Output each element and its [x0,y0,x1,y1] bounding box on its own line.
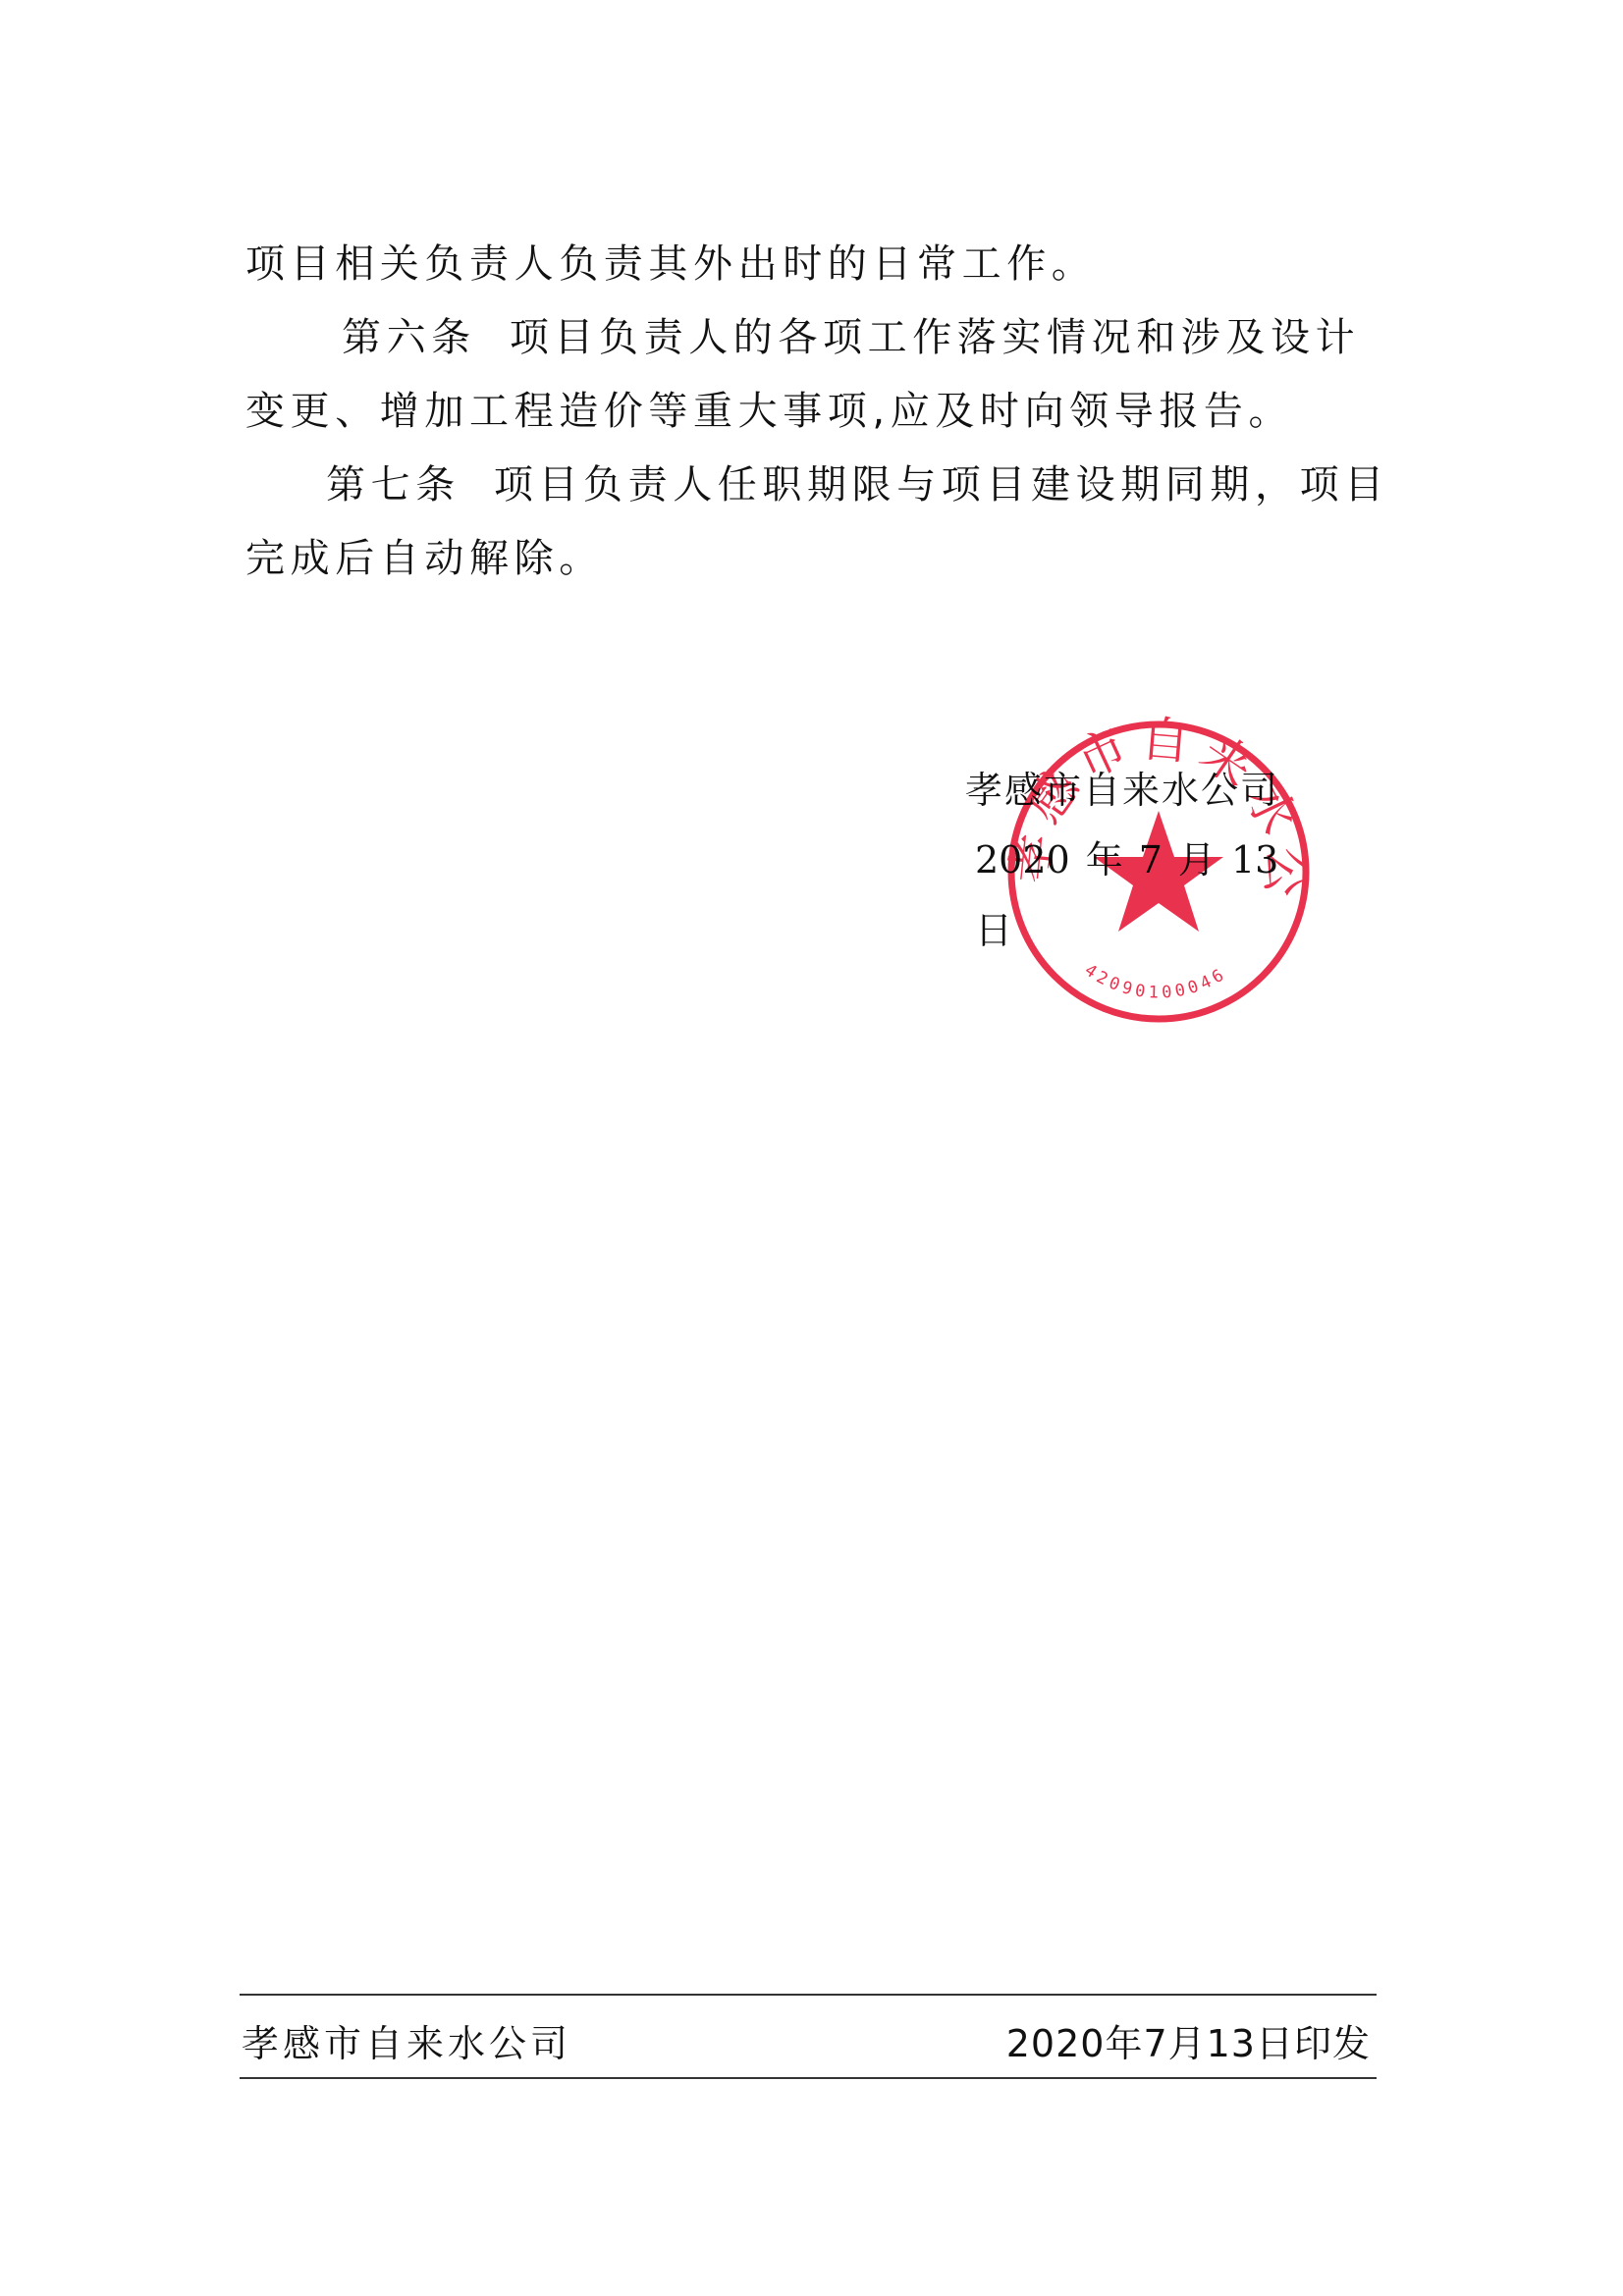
body-line-1: 项目相关负责人负责其外出时的日常工作。 [245,228,1380,301]
article-7-line-2: 完成后自动解除。 [245,522,1380,596]
paragraph-text: 完成后自动解除。 [245,536,604,581]
footer-issuer: 孝感市自来水公司 [242,2013,571,2067]
footer-rule-bottom [240,2077,1377,2079]
article-6-line-2: 变更、增加工程造价等重大事项,应及时向领导报告。 [245,375,1380,449]
paragraph-text: 变更、增加工程造价等重大事项,应及时向领导报告。 [245,389,1293,434]
issuance-footer: 孝感市自来水公司 2020年7月13日印发 [242,2010,1371,2069]
seal-serial: 42090100046 [1081,960,1231,1002]
article-7-line-1: 第七条项目负责人任职期限与项目建设期同期，项目 [245,449,1380,522]
document-page: 项目相关负责人负责其外出时的日常工作。 第六条项目负责人的各项工作落实情况和涉及… [0,0,1623,2296]
paragraph-text: 项目相关负责人负责其外出时的日常工作。 [245,241,1096,287]
paragraph-text: 项目负责人的各项工作落实情况和涉及设计 [510,315,1360,360]
official-seal: 孝感市自来水公司 42090100046 [1001,715,1316,1029]
article-6-line-1: 第六条项目负责人的各项工作落实情况和涉及设计 [245,301,1380,375]
article-label: 第六条 [342,315,476,360]
article-label: 第七条 [326,462,460,507]
star-icon [1094,811,1223,932]
document-body: 项目相关负责人负责其外出时的日常工作。 第六条项目负责人的各项工作落实情况和涉及… [245,228,1380,596]
paragraph-text: 项目负责人任职期限与项目建设期同期，项目 [494,462,1389,507]
footer-issue-date: 2020年7月13日印发 [1006,2013,1371,2067]
footer-rule-top [240,1994,1377,1996]
